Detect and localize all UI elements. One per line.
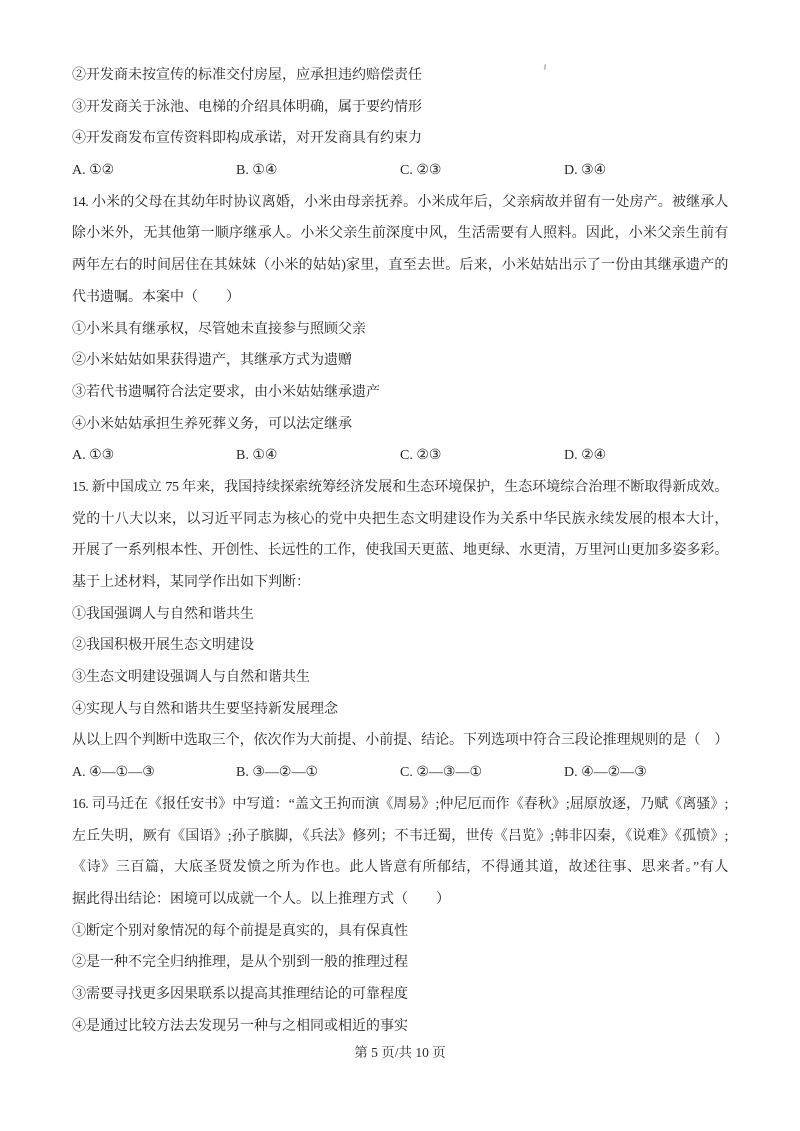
choices-row-q13: A. ①② B. ①④ C. ②③ D. ③④ (72, 155, 728, 187)
stem-line: 除小米外，无其他第一顺序继承人。小米父亲生前深度中风，生活需要有人照料。因此，小… (72, 218, 728, 250)
choice-c: C. ②—③—① (400, 757, 564, 789)
stem-line: 两年左右的时间居住在其妹妹（小米的姑姑)家里，直至去世。后来，小米姑姑出示了一份… (72, 250, 728, 282)
stem-line: 代书遗嘱。本案中（ ） (72, 282, 728, 314)
choice-a: A. ④—①—③ (72, 757, 236, 789)
exam-page: ②开发商未按宣传的标准交付房屋，应承担违约赔偿责任 ③开发商关于泳池、电梯的介绍… (0, 0, 800, 1131)
choice-b: B. ①④ (236, 155, 400, 187)
stem-line: 党的十八大以来，以习近平同志为核心的党中央把生态文明建设作为关系中华民族永续发展… (72, 504, 728, 536)
stem-line: 基于上述材料，某同学作出如下判断： (72, 567, 728, 599)
statement-line: ②开发商未按宣传的标准交付房屋，应承担违约赔偿责任 (72, 60, 728, 92)
statement-line: ④开发商发布宣传资料即构成承诺，对开发商具有约束力 (72, 123, 728, 155)
statement-line: ④实现人与自然和谐共生要坚持新发展理念 (72, 694, 728, 726)
page-footer: 第 5 页/共 10 页 (72, 1042, 728, 1064)
choice-c: C. ②③ (400, 155, 564, 187)
stem-line: 14. 小米的父母在其幼年时协议离婚，小米由母亲抚养。小米成年后，父亲病故并留有… (72, 187, 728, 219)
stem-line: 《诗》三百篇，大底圣贤发愤之所为作也。此人皆意有所郁结，不得通其道，故述往事、思… (72, 852, 728, 884)
statement-line: ④是通过比较方法去发现另一种与之相同或相近的事实 (72, 1011, 728, 1043)
statement-line: ③开发商关于泳池、电梯的介绍具体明确，属于要约情形 (72, 92, 728, 124)
statement-line: ②小米姑姑如果获得遗产，其继承方式为遗赠 (72, 345, 728, 377)
statement-line: ③需要寻找更多因果联系以提高其推理结论的可靠程度 (72, 979, 728, 1011)
choice-d: D. ②④ (564, 440, 728, 472)
statement-line: ①小米具有继承权，尽管她未直接参与照顾父亲 (72, 314, 728, 346)
statement-line: ②是一种不完全归纳推理，是从个别到一般的推理过程 (72, 947, 728, 979)
stem-line: 16. 司马迁在《报任安书》中写道：“盖文王拘而演《周易》;仲尼厄而作《春秋》;… (72, 789, 728, 821)
stem-line: 15. 新中国成立 75 年来，我国持续探索统筹经济发展和生态环境保护，生态环境… (72, 472, 728, 504)
question-line: 从以上四个判断中选取三个，依次作为大前提、小前提、结论。下列选项中符合三段论推理… (72, 725, 728, 757)
statement-line: ①我国强调人与自然和谐共生 (72, 599, 728, 631)
stem-line: 左丘失明，厥有《国语》;孙子膑脚，《兵法》修列；不韦迁蜀，世传《吕览》;韩非囚秦… (72, 821, 728, 853)
stem-line: 据此得出结论：困境可以成就一个人。以上推理方式（ ） (72, 884, 728, 916)
choice-d: D. ④—②—③ (564, 757, 728, 789)
choice-b: B. ①④ (236, 440, 400, 472)
choices-row-q15: A. ④—①—③ B. ③—②—① C. ②—③—① D. ④—②—③ (72, 757, 728, 789)
statement-line: ③生态文明建设强调人与自然和谐共生 (72, 662, 728, 694)
statement-line: ①断定个别对象情况的每个前提是真实的，具有保真性 (72, 916, 728, 948)
choice-d: D. ③④ (564, 155, 728, 187)
statement-line: ②我国积极开展生态文明建设 (72, 630, 728, 662)
choice-b: B. ③—②—① (236, 757, 400, 789)
statement-line: ③若代书遗嘱符合法定要求，由小米姑姑继承遗产 (72, 377, 728, 409)
choices-row-q14: A. ①③ B. ①④ C. ②③ D. ②④ (72, 440, 728, 472)
choice-c: C. ②③ (400, 440, 564, 472)
choice-a: A. ①③ (72, 440, 236, 472)
stem-line: 开展了一系列根本性、开创性、长远性的工作，使我国天更蓝、地更绿、水更清，万里河山… (72, 535, 728, 567)
statement-line: ④小米姑姑承担生养死葬义务，可以法定继承 (72, 409, 728, 441)
choice-a: A. ①② (72, 155, 236, 187)
